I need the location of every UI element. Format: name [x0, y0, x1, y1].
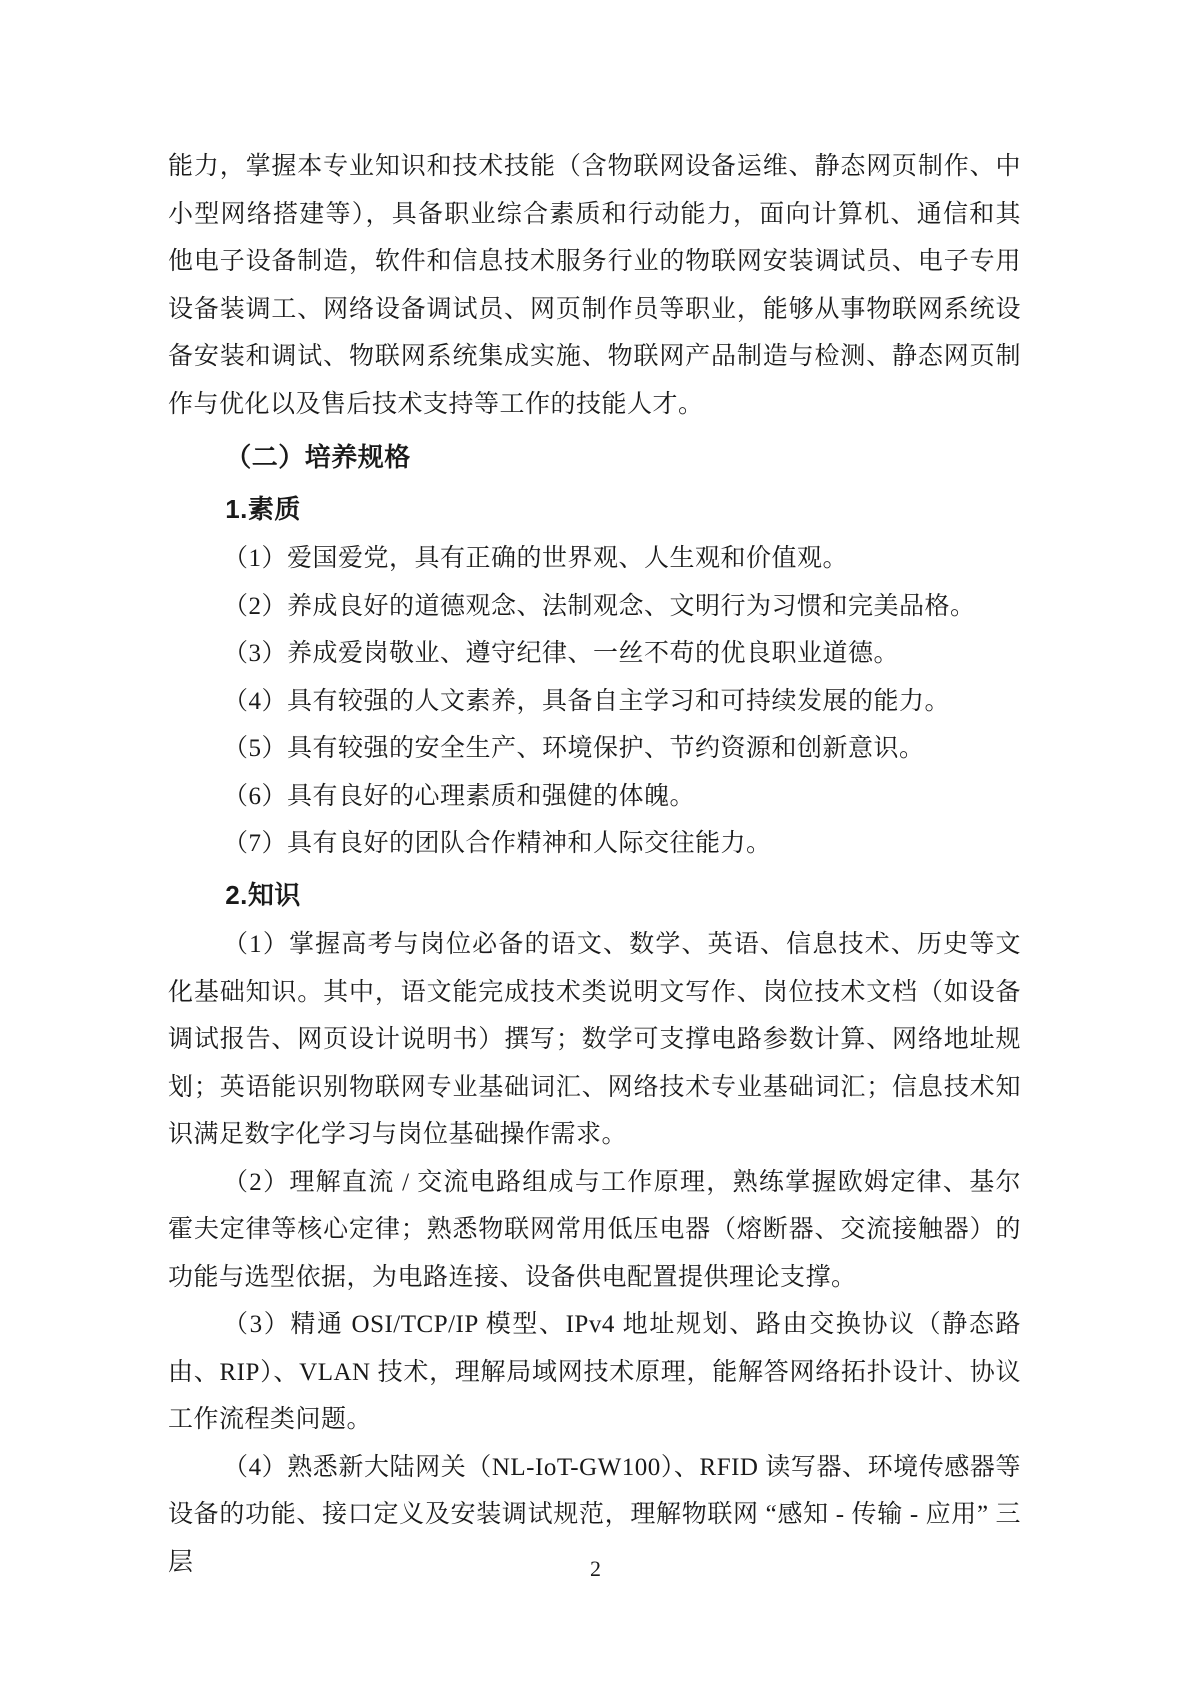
list-item: （3）养成爱岗敬业、遵守纪律、一丝不苟的优良职业道德。 — [168, 630, 1021, 678]
list-item: （5）具有较强的安全生产、环境保护、节约资源和创新意识。 — [168, 725, 1021, 773]
continued-paragraph: 能力，掌握本专业知识和技术技能（含物联网设备运维、静态网页制作、中小型网络搭建等… — [168, 143, 1021, 428]
document-body: 能力，掌握本专业知识和技术技能（含物联网设备运维、静态网页制作、中小型网络搭建等… — [168, 143, 1021, 1586]
paragraph: （2）理解直流 / 交流电路组成与工作原理，熟练掌握欧姆定律、基尔霍夫定律等核心… — [168, 1159, 1021, 1302]
list-item: （4）具有较强的人文素养，具备自主学习和可持续发展的能力。 — [168, 678, 1021, 726]
page-number: 2 — [0, 1556, 1191, 1582]
section-heading-peiyang-guige: （二）培养规格 — [168, 434, 1021, 482]
sub-heading-zhishi: 2.知识 — [168, 872, 1021, 920]
list-item: （1）爱国爱党，具有正确的世界观、人生观和价值观。 — [168, 535, 1021, 583]
list-item: （6）具有良好的心理素质和强健的体魄。 — [168, 773, 1021, 821]
list-item: （2）养成良好的道德观念、法制观念、文明行为习惯和完美品格。 — [168, 583, 1021, 631]
document-page: 能力，掌握本专业知识和技术技能（含物联网设备运维、静态网页制作、中小型网络搭建等… — [0, 0, 1191, 1684]
paragraph: （1）掌握高考与岗位必备的语文、数学、英语、信息技术、历史等文化基础知识。其中，… — [168, 921, 1021, 1159]
sub-heading-suzhi: 1.素质 — [168, 486, 1021, 534]
list-item: （7）具有良好的团队合作精神和人际交往能力。 — [168, 820, 1021, 868]
paragraph: （3）精通 OSI/TCP/IP 模型、IPv4 地址规划、路由交换协议（静态路… — [168, 1301, 1021, 1444]
